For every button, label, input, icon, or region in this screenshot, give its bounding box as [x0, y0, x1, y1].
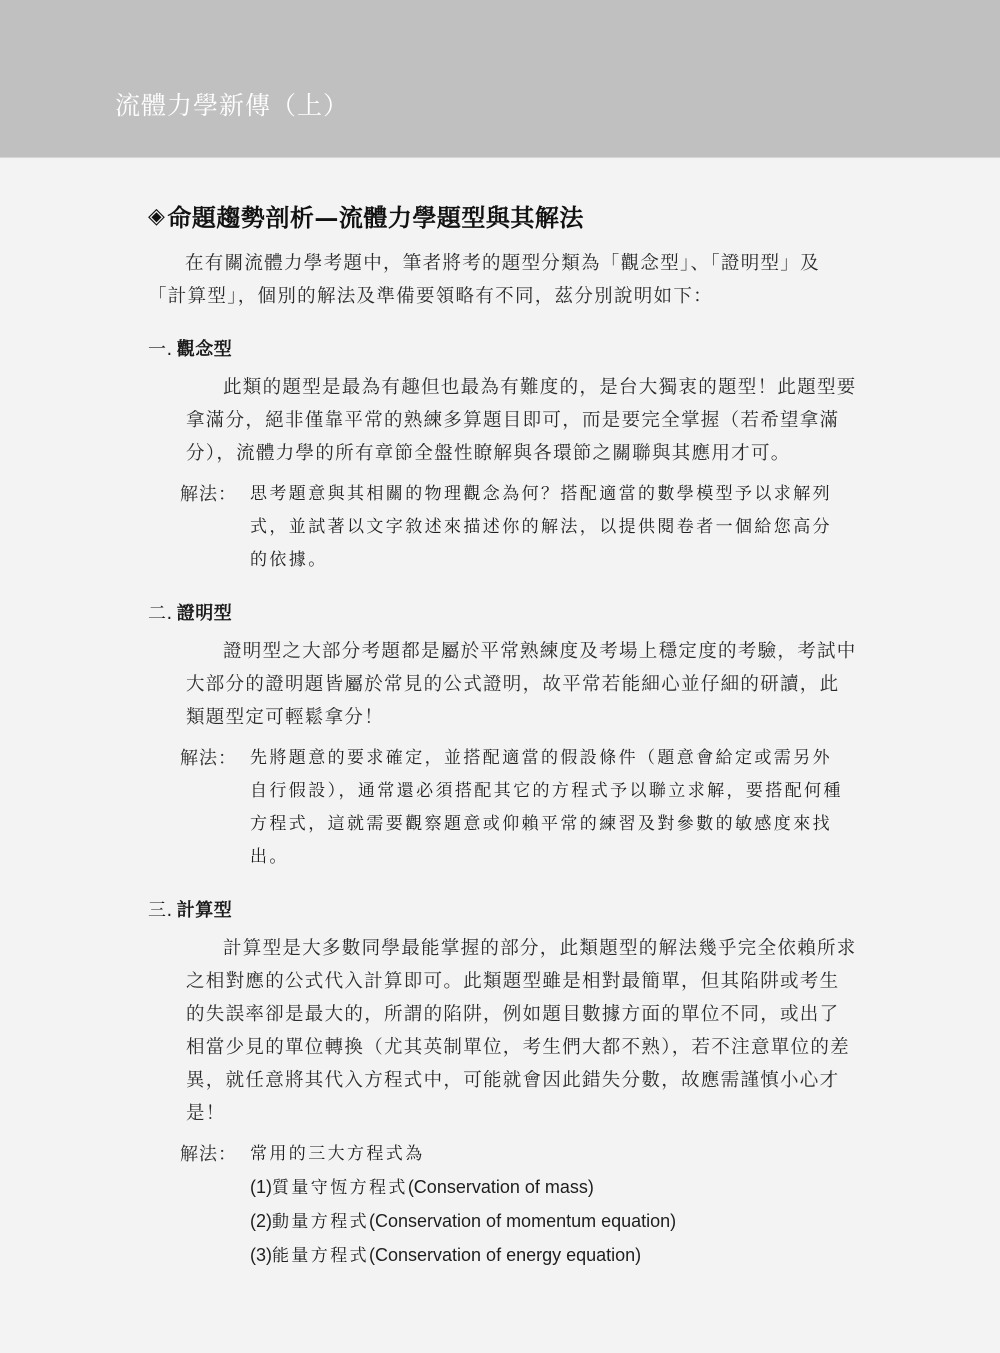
section-body: 此類的題型是最為有趣但也最為有難度的，是台大獨衷的題型！此題型要拿滿分，絕非僅靠…	[186, 371, 858, 470]
section-number: 三.	[148, 900, 173, 921]
section-title: 三.計算型	[148, 896, 858, 922]
section-calculation: 三.計算型 計算型是大多數同學最能掌握的部分，此類題型的解法幾乎完全依賴所求之相…	[148, 896, 858, 1273]
book-title: 流體力學新傳（上）	[115, 86, 349, 122]
equation-index: (2)	[250, 1211, 272, 1231]
solution-label: 解法：	[180, 1138, 250, 1273]
page-content: ◈ 命題趨勢剖析—流體力學題型與其解法 在有關流體力學考題中，筆者將考的題型分類…	[148, 198, 858, 1273]
main-heading-text: 命題趨勢剖析—流體力學題型與其解法	[167, 198, 584, 233]
section-body: 證明型之大部分考題都是屬於平常熟練度及考場上穩定度的考驗，考試中大部分的證明題皆…	[186, 635, 858, 734]
equation-name-en: (Conservation of energy equation)	[369, 1245, 641, 1265]
solution-text: 常用的三大方程式為	[250, 1138, 850, 1171]
section-number: 一.	[148, 339, 173, 360]
diamond-icon: ◈	[148, 203, 165, 229]
equation-list: 常用的三大方程式為 (1)質量守恆方程式(Conservation of mas…	[250, 1138, 850, 1273]
section-title: 一.觀念型	[148, 335, 858, 361]
section-concept: 一.觀念型 此類的題型是最為有趣但也最為有難度的，是台大獨衷的題型！此題型要拿滿…	[148, 335, 858, 577]
equation-name-en: (Conservation of mass)	[408, 1177, 594, 1197]
section-title-text: 計算型	[177, 900, 233, 921]
header-band: 流體力學新傳（上）	[0, 0, 1000, 158]
main-heading: ◈ 命題趨勢剖析—流體力學題型與其解法	[148, 198, 858, 233]
equation-index: (1)	[250, 1177, 272, 1197]
section-title-text: 觀念型	[177, 339, 233, 360]
solution-label: 解法：	[180, 478, 250, 577]
solution-block: 解法： 思考題意與其相關的物理觀念為何？搭配適當的數學模型予以求解列式，並試著以…	[180, 478, 858, 577]
equation-item: (3)能量方程式(Conservation of energy equation…	[250, 1239, 850, 1273]
solution-block: 解法： 先將題意的要求確定，並搭配適當的假設條件（題意會給定或需另外自行假設），…	[180, 742, 858, 874]
equation-item: (1)質量守恆方程式(Conservation of mass)	[250, 1171, 850, 1205]
equation-name-zh: 能量方程式	[272, 1246, 369, 1266]
equation-name-en: (Conservation of momentum equation)	[369, 1211, 676, 1231]
equation-name-zh: 動量方程式	[272, 1212, 369, 1232]
solution-text: 先將題意的要求確定，並搭配適當的假設條件（題意會給定或需另外自行假設），通常還必…	[250, 742, 850, 874]
equation-item: (2)動量方程式(Conservation of momentum equati…	[250, 1205, 850, 1239]
solution-block: 解法： 常用的三大方程式為 (1)質量守恆方程式(Conservation of…	[180, 1138, 858, 1273]
solution-label: 解法：	[180, 742, 250, 874]
section-body: 計算型是大多數同學最能掌握的部分，此類題型的解法幾乎完全依賴所求之相對應的公式代…	[186, 932, 858, 1130]
section-number: 二.	[148, 603, 173, 624]
section-title-text: 證明型	[177, 603, 233, 624]
equation-index: (3)	[250, 1245, 272, 1265]
intro-paragraph: 在有關流體力學考題中，筆者將考的題型分類為「觀念型」、「證明型」及「計算型」，個…	[148, 247, 853, 313]
section-title: 二.證明型	[148, 599, 858, 625]
section-proof: 二.證明型 證明型之大部分考題都是屬於平常熟練度及考場上穩定度的考驗，考試中大部…	[148, 599, 858, 874]
solution-text: 思考題意與其相關的物理觀念為何？搭配適當的數學模型予以求解列式，並試著以文字敘述…	[250, 478, 850, 577]
equation-name-zh: 質量守恆方程式	[272, 1178, 408, 1198]
